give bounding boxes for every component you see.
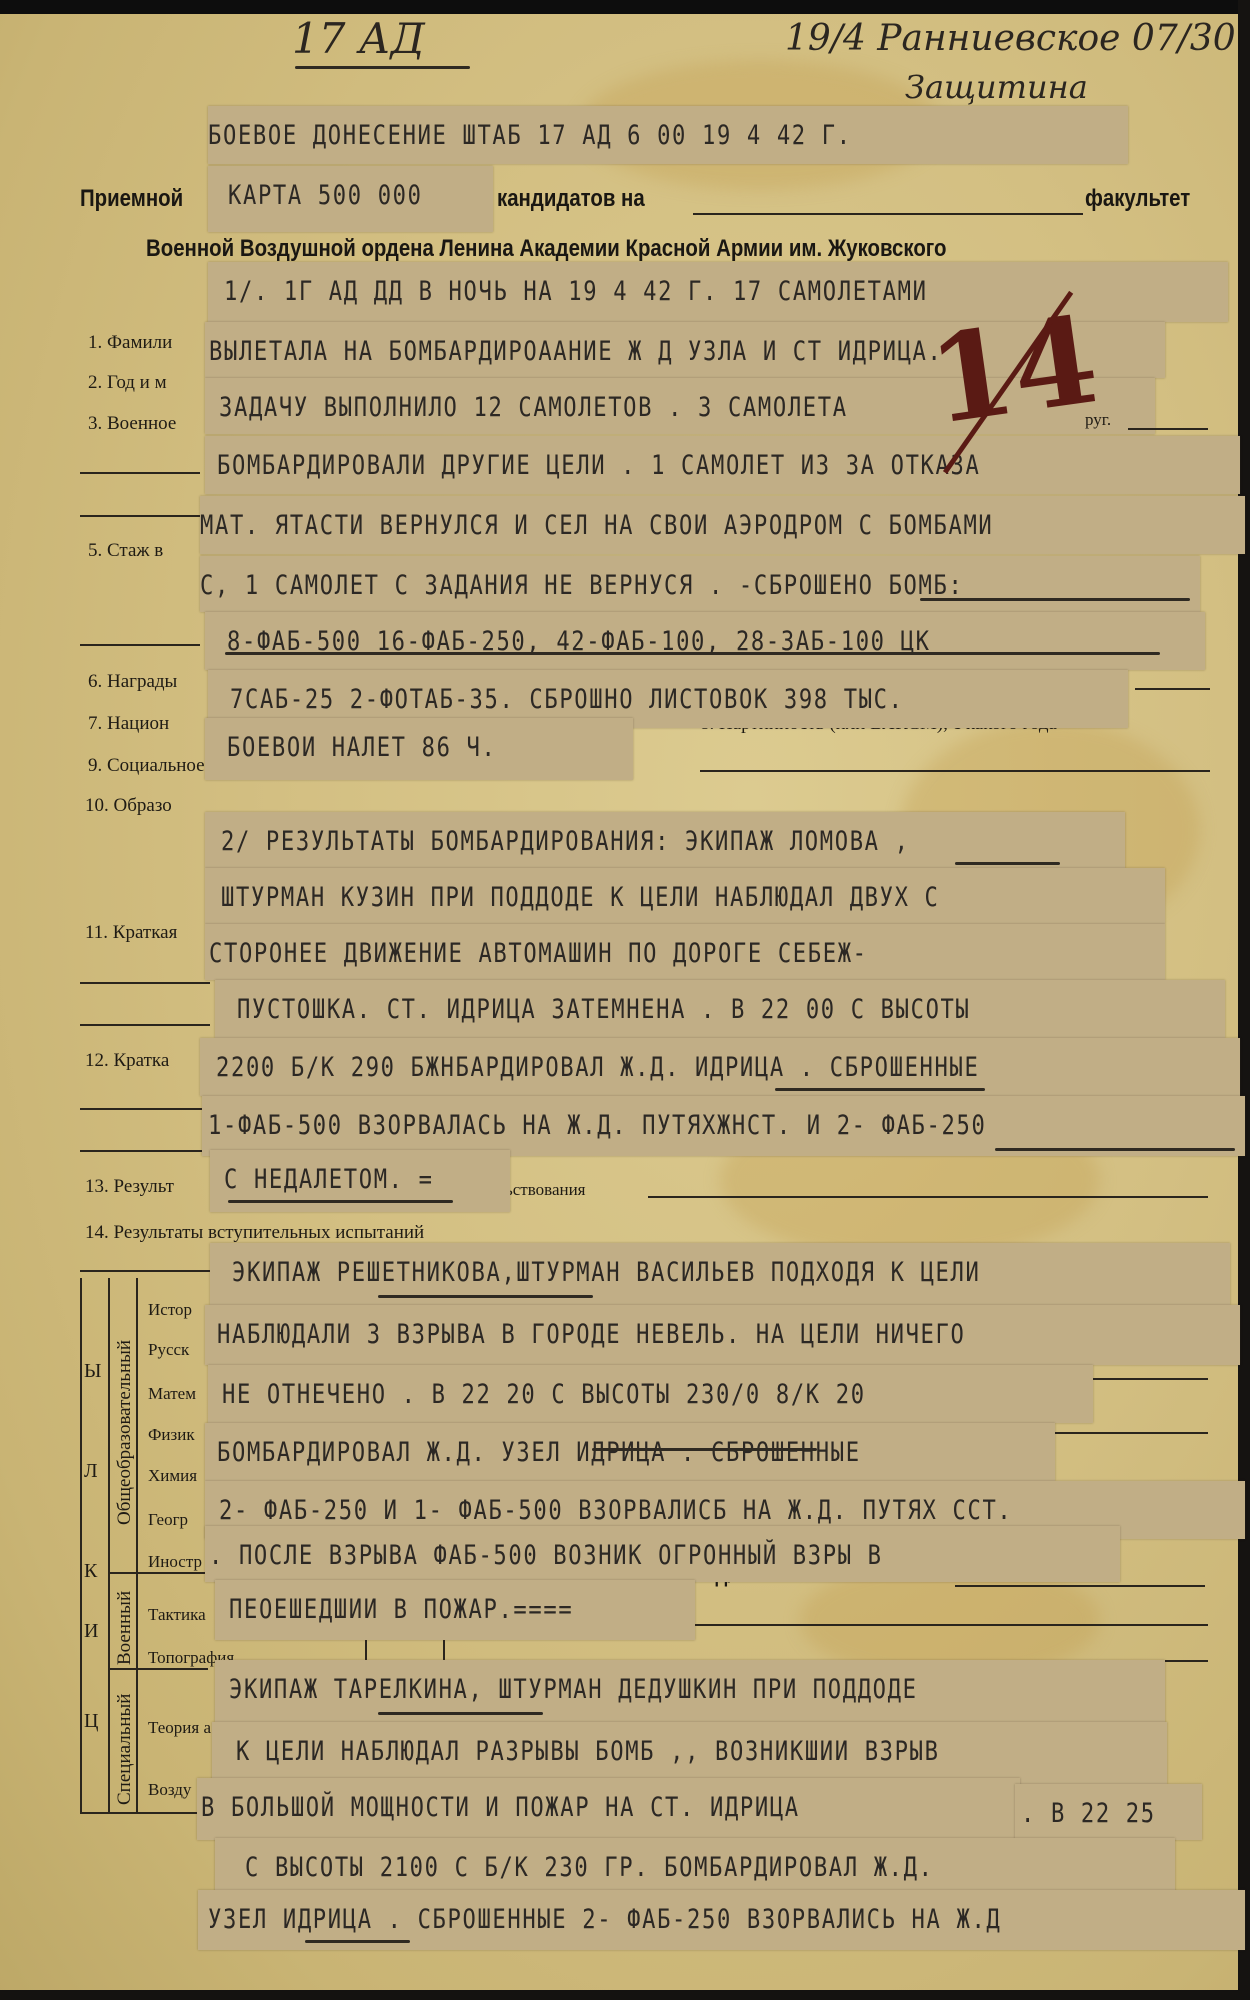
ink-underline bbox=[378, 1712, 543, 1715]
form-heading-mid: кандидатов на bbox=[497, 185, 645, 213]
field-label-7: 7. Национ bbox=[88, 713, 169, 735]
form-blank-line bbox=[693, 213, 1083, 215]
telegram-strip: ПЕОЕШЕДШИИ В ПОЖАР.==== bbox=[215, 1580, 695, 1640]
scan-border-bottom bbox=[0, 1990, 1250, 2000]
strip-text: УЗЕЛ ИДРИЦА . СБРОШЕННЫЕ 2- ФАБ-250 ВЗОР… bbox=[208, 1906, 1001, 1933]
telegram-strip: В БОЛЬШОЙ МОЩНОСТИ И ПОЖАР НА СТ. ИДРИЦА bbox=[197, 1778, 1020, 1840]
strip-text: . ПОСЛЕ ВЗРЫВА ФАБ-500 ВОЗНИК ОГРОННЫЙ В… bbox=[209, 1542, 883, 1569]
strip-text: БОЕВОЕ ДОНЕСЕНИЕ ШТАБ 17 АД 6 00 19 4 42… bbox=[208, 122, 852, 149]
ink-underline bbox=[592, 1448, 817, 1451]
ink-underline bbox=[955, 862, 1060, 865]
telegram-strip: 1-ФАБ-500 ВЗОРВАЛАСЬ НА Ж.Д. ПУТЯХЖНСТ. … bbox=[202, 1096, 1245, 1156]
cycle-letter: К bbox=[84, 1560, 97, 1583]
subject-row: Русск bbox=[148, 1340, 189, 1360]
form-line bbox=[80, 982, 210, 984]
table-border-inner bbox=[108, 1278, 110, 1813]
strip-text: БОМБАРДИРОВАЛИ ДРУГИЕ ЦЕЛИ . 1 САМОЛЕТ И… bbox=[217, 452, 980, 479]
strip-text: НЕ ОТНЕЧЕНО . В 22 20 С ВЫСОТЫ 230/0 8/К… bbox=[222, 1381, 866, 1408]
strip-text: 7САБ-25 2-ФОТАБ-35. СБРОШНО ЛИСТОВОК 398… bbox=[230, 686, 904, 713]
telegram-strip: КАРТА 500 000 bbox=[208, 166, 493, 232]
telegram-strip: НЕ ОТНЕЧЕНО . В 22 20 С ВЫСОТЫ 230/0 8/К… bbox=[208, 1365, 1093, 1423]
telegram-strip: БОЕВОЕ ДОНЕСЕНИЕ ШТАБ 17 АД 6 00 19 4 42… bbox=[208, 106, 1128, 164]
telegram-strip: НАБЛЮДАЛИ 3 ВЗРЫВА В ГОРОДЕ НЕВЕЛЬ. НА Ц… bbox=[205, 1305, 1240, 1365]
form-line bbox=[700, 770, 1210, 772]
group-label-special: Специальный bbox=[114, 1694, 136, 1805]
strip-text: ШТУРМАН КУЗИН ПРИ ПОДДОДЕ К ЦЕЛИ НАБЛЮДА… bbox=[221, 884, 940, 911]
subject-row: Теория а bbox=[148, 1718, 211, 1738]
strip-text: 1-ФАБ-500 ВЗОРВАЛАСЬ НА Ж.Д. ПУТЯХЖНСТ. … bbox=[208, 1112, 986, 1139]
handwritten-unit: 17 АД bbox=[292, 14, 425, 63]
strip-text: 8-ФАБ-500 16-ФАБ-250, 42-ФАБ-100, 28-ЗАБ… bbox=[227, 628, 931, 655]
form-line bbox=[1128, 428, 1208, 430]
strip-text: С, 1 САМОЛЕТ С ЗАДАНИЯ НЕ ВЕРНУСЯ . -СБР… bbox=[200, 572, 963, 599]
table-border-left bbox=[80, 1278, 82, 1813]
field-label-10: 10. Образо bbox=[85, 795, 172, 817]
field-label-2: 2. Год и м bbox=[88, 372, 167, 394]
ink-underline bbox=[228, 1200, 453, 1203]
strip-text: НАБЛЮДАЛИ 3 ВЗРЫВА В ГОРОДЕ НЕВЕЛЬ. НА Ц… bbox=[217, 1321, 965, 1348]
field-label-13-tail: ьствования bbox=[505, 1180, 586, 1200]
table-border-inner bbox=[136, 1278, 138, 1813]
ink-underline bbox=[995, 1148, 1235, 1151]
cycle-letter: И bbox=[84, 1620, 98, 1643]
telegram-strip: . ПОСЛЕ ВЗРЫВА ФАБ-500 ВОЗНИК ОГРОННЫЙ В… bbox=[205, 1526, 1120, 1582]
ink-underline bbox=[225, 652, 1160, 655]
telegram-strip: 8-ФАБ-500 16-ФАБ-250, 42-ФАБ-100, 28-ЗАБ… bbox=[205, 612, 1205, 670]
ink-underline bbox=[775, 1088, 985, 1091]
cycle-letter: Ы bbox=[84, 1360, 101, 1383]
strip-text: 2200 Б/К 290 БЖНБАРДИРОВАЛ Ж.Д. ИДРИЦА .… bbox=[216, 1054, 979, 1081]
strip-text: В БОЛЬШОЙ МОЩНОСТИ И ПОЖАР НА СТ. ИДРИЦА bbox=[201, 1794, 800, 1821]
strip-text: С ВЫСОТЫ 2100 С Б/К 230 ГР. БОМБАРДИРОВА… bbox=[245, 1854, 934, 1881]
strip-text: С НЕДАЛЕТОМ. = bbox=[224, 1166, 434, 1193]
form-heading-right: факультет bbox=[1085, 185, 1190, 213]
strip-text: К ЦЕЛИ НАБЛЮДАЛ РАЗРЫВЫ БОМБ ,, ВОЗНИКШИ… bbox=[236, 1738, 940, 1765]
subject-row: Истор bbox=[148, 1300, 192, 1320]
strip-text: БОМБАРДИРОВАЛ Ж.Д. УЗЕЛ ИДРИЦА . СБРОШЕН… bbox=[217, 1439, 861, 1466]
field-label-11: 11. Краткая bbox=[85, 922, 177, 944]
telegram-strip: С ВЫСОТЫ 2100 С Б/К 230 ГР. БОМБАРДИРОВА… bbox=[215, 1838, 1175, 1896]
group-label-military: Военный bbox=[114, 1591, 136, 1665]
form-subheading: Военной Воздушной ордена Ленина Академии… bbox=[146, 235, 947, 263]
ink-underline bbox=[920, 598, 1190, 601]
form-line bbox=[1135, 688, 1210, 690]
form-line bbox=[648, 1196, 1208, 1198]
subject-row: Иностр bbox=[148, 1552, 202, 1572]
form-line bbox=[80, 515, 200, 517]
cycle-letter: Л bbox=[84, 1460, 98, 1483]
strip-text: ЭКИПАЖ ТАРЕЛКИНА, ШТУРМАН ДЕДУШКИН ПРИ П… bbox=[229, 1676, 918, 1703]
handwritten-underline bbox=[295, 66, 470, 69]
form-heading-left: Приемной bbox=[80, 185, 183, 213]
strip-text: МАТ. ЯТАСТИ ВЕРНУЛСЯ И СЕЛ НА СВОИ АЭРОД… bbox=[200, 512, 993, 539]
strip-text: ПУСТОШКА. СТ. ИДРИЦА ЗАТЕМНЕНА . В 22 00… bbox=[237, 996, 971, 1023]
telegram-strip: МАТ. ЯТАСТИ ВЕРНУЛСЯ И СЕЛ НА СВОИ АЭРОД… bbox=[200, 496, 1245, 554]
strip-text: ВЫЛЕТАЛА НА БОМБАРДИРОААНИЕ Ж Д УЗЛА И С… bbox=[209, 338, 943, 365]
strip-text: . В 22 25 bbox=[1021, 1800, 1156, 1827]
telegram-strip: СТОРОНЕЕ ДВИЖЕНИЕ АВТОМАШИН ПО ДОРОГЕ СЕ… bbox=[205, 924, 1165, 980]
form-line bbox=[80, 1108, 210, 1110]
table-group-divider bbox=[108, 1572, 208, 1574]
subject-row: Химия bbox=[148, 1466, 197, 1486]
telegram-strip: С, 1 САМОЛЕТ С ЗАДАНИЯ НЕ ВЕРНУСЯ . -СБР… bbox=[200, 556, 1200, 612]
form-line bbox=[620, 1624, 1208, 1626]
strip-text: ЭКИПАЖ РЕШЕТНИКОВА,ШТУРМАН ВАСИЛЬЕВ ПОДХ… bbox=[232, 1259, 980, 1286]
telegram-strip: . В 22 25 bbox=[1015, 1784, 1202, 1840]
field-label-6: 6. Награды bbox=[88, 671, 177, 693]
handwritten-note-1: 19/4 Ранниевское 07/30 bbox=[785, 18, 1236, 59]
table-border-bottom bbox=[80, 1812, 210, 1814]
telegram-strip: ПУСТОШКА. СТ. ИДРИЦА ЗАТЕМНЕНА . В 22 00… bbox=[215, 980, 1225, 1038]
telegram-strip: БОЕВОИ НАЛЕТ 86 Ч. bbox=[205, 718, 633, 780]
form-line bbox=[80, 1150, 210, 1152]
strip-text: КАРТА 500 000 bbox=[228, 182, 423, 209]
form-line bbox=[1093, 1378, 1208, 1380]
subject-row: Возду bbox=[148, 1780, 191, 1800]
telegram-strip: К ЦЕЛИ НАБЛЮДАЛ РАЗРЫВЫ БОМБ ,, ВОЗНИКШИ… bbox=[212, 1722, 1167, 1784]
field-label-12: 12. Кратка bbox=[85, 1050, 169, 1072]
telegram-strip: ЭКИПАЖ ТАРЕЛКИНА, ШТУРМАН ДЕДУШКИН ПРИ П… bbox=[215, 1660, 1165, 1722]
form-line bbox=[80, 1024, 210, 1026]
subject-row: Физик bbox=[148, 1425, 195, 1445]
field-label-5: 5. Стаж в bbox=[88, 540, 163, 562]
strip-text: СТОРОНЕЕ ДВИЖЕНИЕ АВТОМАШИН ПО ДОРОГЕ СЕ… bbox=[209, 940, 868, 967]
form-line bbox=[955, 1585, 1205, 1587]
form-line bbox=[1055, 1432, 1208, 1434]
field-label-14: 14. Результаты вступительных испытаний bbox=[85, 1222, 424, 1244]
group-label-general: Общеобразовательный bbox=[114, 1340, 136, 1525]
form-line bbox=[80, 644, 200, 646]
strip-text: 2- ФАБ-250 И 1- ФАБ-500 ВЗОРВАЛИСБ НА Ж.… bbox=[219, 1497, 1012, 1524]
telegram-strip: 2/ РЕЗУЛЬТАТЫ БОМБАРДИРОВАНИЯ: ЭКИПАЖ ЛО… bbox=[205, 812, 1125, 868]
field-label-13: 13. Результ bbox=[85, 1176, 174, 1198]
strip-text: ПЕОЕШЕДШИИ В ПОЖАР.==== bbox=[229, 1596, 573, 1623]
telegram-strip: ШТУРМАН КУЗИН ПРИ ПОДДОДЕ К ЦЕЛИ НАБЛЮДА… bbox=[205, 868, 1165, 924]
ink-underline bbox=[305, 1940, 410, 1943]
form-line bbox=[80, 472, 200, 474]
subject-row: Матем bbox=[148, 1384, 196, 1404]
handwritten-note-2: Защитина bbox=[905, 68, 1088, 106]
subject-row: Тактика bbox=[148, 1605, 206, 1625]
scanned-document-page: 17 АД 19/4 Ранниевское 07/30 Защитина Пр… bbox=[0, 0, 1250, 2000]
strip-text: БОЕВОИ НАЛЕТ 86 Ч. bbox=[227, 734, 496, 761]
field-label-1: 1. Фамили bbox=[88, 332, 172, 354]
field-label-3: 3. Военное bbox=[88, 413, 176, 435]
scan-border-right bbox=[1238, 0, 1250, 2000]
telegram-strip: ЭКИПАЖ РЕШЕТНИКОВА,ШТУРМАН ВАСИЛЬЕВ ПОДХ… bbox=[210, 1243, 1230, 1305]
table-group-divider bbox=[108, 1668, 208, 1670]
telegram-strip: БОМБАРДИРОВАЛИ ДРУГИЕ ЦЕЛИ . 1 САМОЛЕТ И… bbox=[205, 436, 1240, 494]
form-line bbox=[80, 1270, 210, 1272]
strip-text: 2/ РЕЗУЛЬТАТЫ БОМБАРДИРОВАНИЯ: ЭКИПАЖ ЛО… bbox=[221, 828, 910, 855]
strip-text: ЗАДАЧУ ВЫПОЛНИЛО 12 САМОЛЕТОВ . 3 САМОЛЕ… bbox=[219, 394, 848, 421]
telegram-strip: 2200 Б/К 290 БЖНБАРДИРОВАЛ Ж.Д. ИДРИЦА .… bbox=[200, 1038, 1240, 1096]
subject-row: Геогр bbox=[148, 1510, 188, 1530]
cycle-letter: Ц bbox=[84, 1710, 98, 1733]
strip-text: 1/. 1Г АД ДД В НОЧЬ НА 19 4 42 Г. 17 САМ… bbox=[224, 278, 928, 305]
telegram-strip: БОМБАРДИРОВАЛ Ж.Д. УЗЕЛ ИДРИЦА . СБРОШЕН… bbox=[205, 1423, 1055, 1481]
ink-underline bbox=[378, 1295, 593, 1298]
scan-border-top bbox=[0, 0, 1250, 14]
